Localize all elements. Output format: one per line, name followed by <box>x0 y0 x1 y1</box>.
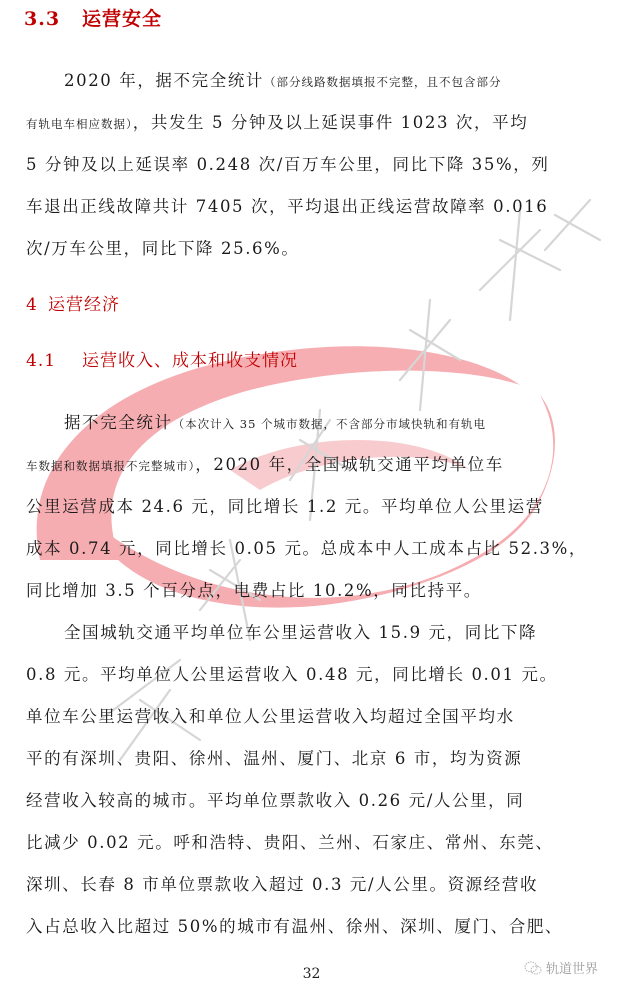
footnote-text: 有轨电车相应数据） <box>26 117 133 131</box>
paragraph-line: 据不完全统计（本次计入 35 个城市数据，不含部分市域快轨和有轨电 <box>64 412 623 435</box>
section-title: 运营收入、成本和收支情况 <box>82 351 298 371</box>
paragraph-line: 0.8 元。平均单位人公里运营收入 0.48 元，同比增长 0.01 元。 <box>26 664 598 686</box>
paragraph-line: 比减少 0.02 元。呼和浩特、贵阳、兰州、石家庄、常州、东莞、 <box>26 832 598 854</box>
section-number: 3.3 <box>24 8 82 30</box>
wechat-icon <box>524 961 542 975</box>
paragraph-line: 5 分钟及以上延误率 0.248 次/百万车公里，同比下降 35%，列 <box>26 154 598 176</box>
paragraph-line: 有轨电车相应数据），共发生 5 分钟及以上延误事件 1023 次，平均 <box>26 112 598 135</box>
section-heading-4: 4运营经济 <box>26 290 120 315</box>
paragraph-line: 平的有深圳、贵阳、徐州、温州、厦门、北京 6 市，均为资源 <box>26 748 598 770</box>
section-number: 4 <box>26 295 48 315</box>
section-title: 运营经济 <box>48 295 120 315</box>
paragraph-line: 经营收入较高的城市。平均单位票款收入 0.26 元/人公里，同 <box>26 790 598 812</box>
paragraph-line: 车退出正线故障共计 7405 次，平均退出正线运营故障率 0.016 <box>26 196 598 218</box>
paragraph-line: 入占总收入比超过 50%的城市有温州、徐州、深圳、厦门、合肥、 <box>26 916 598 938</box>
section-title: 运营安全 <box>82 8 162 30</box>
brand-watermark: 轨道世界 <box>524 958 598 977</box>
section-number: 4.1 <box>26 351 82 371</box>
paragraph-line: 单位车公里运营收入和单位人公里运营收入均超过全国平均水 <box>26 706 598 728</box>
paragraph-line: 次/万车公里，同比下降 25.6%。 <box>26 238 598 260</box>
paragraph-line: 2020 年，据不完全统计（部分线路数据填报不完整，且不包含部分 <box>64 70 623 93</box>
section-heading-3-3: 3.3运营安全 <box>24 4 162 31</box>
brand-label: 轨道世界 <box>546 958 598 977</box>
paragraph-line: 同比增加 3.5 个百分点，电费占比 10.2%，同比持平。 <box>26 580 598 602</box>
footnote-text: （本次计入 35 个城市数据，不含部分市域快轨和有轨电 <box>173 417 486 431</box>
paragraph-line: 深圳、长春 8 市单位票款收入超过 0.3 元/人公里。资源经营收 <box>26 874 598 896</box>
footnote-text: 车数据和数据填报不完整城市） <box>26 459 195 473</box>
paragraph-line: 车数据和数据填报不完整城市），2020 年，全国城轨交通平均单位车 <box>26 454 598 477</box>
section-heading-4-1: 4.1运营收入、成本和收支情况 <box>26 346 298 371</box>
paragraph-line: 公里运营成本 24.6 元，同比增长 1.2 元。平均单位人公里运营 <box>26 496 598 518</box>
footnote-text: （部分线路数据填报不完整，且不包含部分 <box>264 75 502 89</box>
paragraph-line: 成本 0.74 元，同比增长 0.05 元。总成本中人工成本占比 52.3%， <box>26 538 598 560</box>
paragraph-line: 全国城轨交通平均单位车公里运营收入 15.9 元，同比下降 <box>64 622 623 644</box>
